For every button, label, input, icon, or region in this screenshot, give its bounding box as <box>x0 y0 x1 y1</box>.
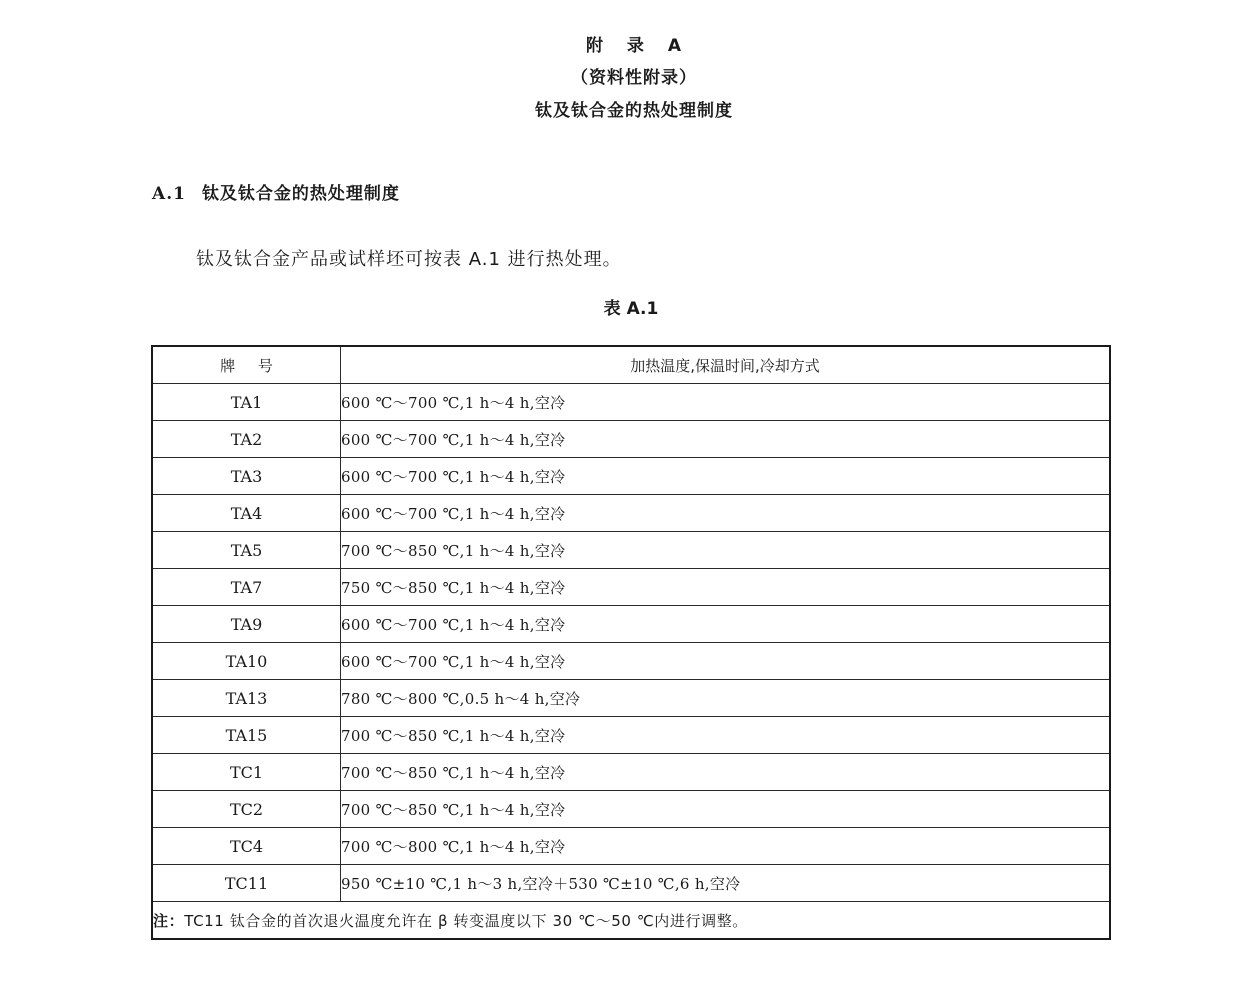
process-cell: 600 ℃～700 ℃,1 h～4 h,空冷 <box>341 606 1111 643</box>
table-row: TC4700 ℃～800 ℃,1 h～4 h,空冷 <box>152 828 1110 865</box>
grade-cell: TC1 <box>152 754 341 791</box>
appendix-label: 附 录 A <box>0 31 1240 56</box>
table-row: TA2600 ℃～700 ℃,1 h～4 h,空冷 <box>152 421 1110 458</box>
process-cell: 700 ℃～850 ℃,1 h～4 h,空冷 <box>341 717 1111 754</box>
grade-cell: TC11 <box>152 865 341 902</box>
process-cell: 600 ℃～700 ℃,1 h～4 h,空冷 <box>341 495 1111 532</box>
grade-cell: TA10 <box>152 643 341 680</box>
process-cell: 600 ℃～700 ℃,1 h～4 h,空冷 <box>341 458 1111 495</box>
table-row: TA1600 ℃～700 ℃,1 h～4 h,空冷 <box>152 384 1110 421</box>
grade-cell: TA7 <box>152 569 341 606</box>
table-caption: 表 A.1 <box>0 294 1240 319</box>
process-cell: 700 ℃～800 ℃,1 h～4 h,空冷 <box>341 828 1111 865</box>
heat-treatment-table: 牌 号 加热温度,保温时间,冷却方式 TA1600 ℃～700 ℃,1 h～4 … <box>151 345 1111 940</box>
table-row: TC11950 ℃±10 ℃,1 h～3 h,空冷＋530 ℃±10 ℃,6 h… <box>152 865 1110 902</box>
process-cell: 780 ℃～800 ℃,0.5 h～4 h,空冷 <box>341 680 1111 717</box>
grade-cell: TA15 <box>152 717 341 754</box>
grade-cell: TA3 <box>152 458 341 495</box>
appendix-type: （资料性附录） <box>0 63 1240 88</box>
column-header-process: 加热温度,保温时间,冷却方式 <box>341 346 1111 384</box>
note-text: TC11 钛合金的首次退火温度允许在 β 转变温度以下 30 ℃～50 ℃内进行… <box>184 912 748 930</box>
section-title: 钛及钛合金的热处理制度 <box>202 184 400 204</box>
grade-cell: TA9 <box>152 606 341 643</box>
process-cell: 600 ℃～700 ℃,1 h～4 h,空冷 <box>341 643 1111 680</box>
section-number: A.1 <box>152 184 186 204</box>
process-cell: 700 ℃～850 ℃,1 h～4 h,空冷 <box>341 791 1111 828</box>
table-row: TA4600 ℃～700 ℃,1 h～4 h,空冷 <box>152 495 1110 532</box>
table-row: TA7750 ℃～850 ℃,1 h～4 h,空冷 <box>152 569 1110 606</box>
table-row: TC2700 ℃～850 ℃,1 h～4 h,空冷 <box>152 791 1110 828</box>
process-cell: 750 ℃～850 ℃,1 h～4 h,空冷 <box>341 569 1111 606</box>
process-cell: 600 ℃～700 ℃,1 h～4 h,空冷 <box>341 421 1111 458</box>
table-row: TA13780 ℃～800 ℃,0.5 h～4 h,空冷 <box>152 680 1110 717</box>
grade-cell: TA4 <box>152 495 341 532</box>
grade-cell: TA1 <box>152 384 341 421</box>
process-cell: 700 ℃～850 ℃,1 h～4 h,空冷 <box>341 532 1111 569</box>
table-row: TA15700 ℃～850 ℃,1 h～4 h,空冷 <box>152 717 1110 754</box>
process-cell: 600 ℃～700 ℃,1 h～4 h,空冷 <box>341 384 1111 421</box>
table-row: TA9600 ℃～700 ℃,1 h～4 h,空冷 <box>152 606 1110 643</box>
section-heading: A.1钛及钛合金的热处理制度 <box>152 179 400 204</box>
table-row: TA3600 ℃～700 ℃,1 h～4 h,空冷 <box>152 458 1110 495</box>
table-note-row: 注：TC11 钛合金的首次退火温度允许在 β 转变温度以下 30 ℃～50 ℃内… <box>152 902 1110 940</box>
grade-cell: TA13 <box>152 680 341 717</box>
process-cell: 700 ℃～850 ℃,1 h～4 h,空冷 <box>341 754 1111 791</box>
note-label: 注： <box>153 912 184 930</box>
table-row: TC1700 ℃～850 ℃,1 h～4 h,空冷 <box>152 754 1110 791</box>
table-row: TA5700 ℃～850 ℃,1 h～4 h,空冷 <box>152 532 1110 569</box>
process-cell: 950 ℃±10 ℃,1 h～3 h,空冷＋530 ℃±10 ℃,6 h,空冷 <box>341 865 1111 902</box>
grade-cell: TA2 <box>152 421 341 458</box>
section-body-text: 钛及钛合金产品或试样坯可按表 A.1 进行热处理。 <box>196 245 622 271</box>
table-header-row: 牌 号 加热温度,保温时间,冷却方式 <box>152 346 1110 384</box>
table-note: 注：TC11 钛合金的首次退火温度允许在 β 转变温度以下 30 ℃～50 ℃内… <box>152 902 1110 940</box>
grade-cell: TC2 <box>152 791 341 828</box>
grade-cell: TC4 <box>152 828 341 865</box>
grade-cell: TA5 <box>152 532 341 569</box>
table-row: TA10600 ℃～700 ℃,1 h～4 h,空冷 <box>152 643 1110 680</box>
column-header-grade: 牌 号 <box>152 346 341 384</box>
appendix-title: 钛及钛合金的热处理制度 <box>0 96 1240 121</box>
